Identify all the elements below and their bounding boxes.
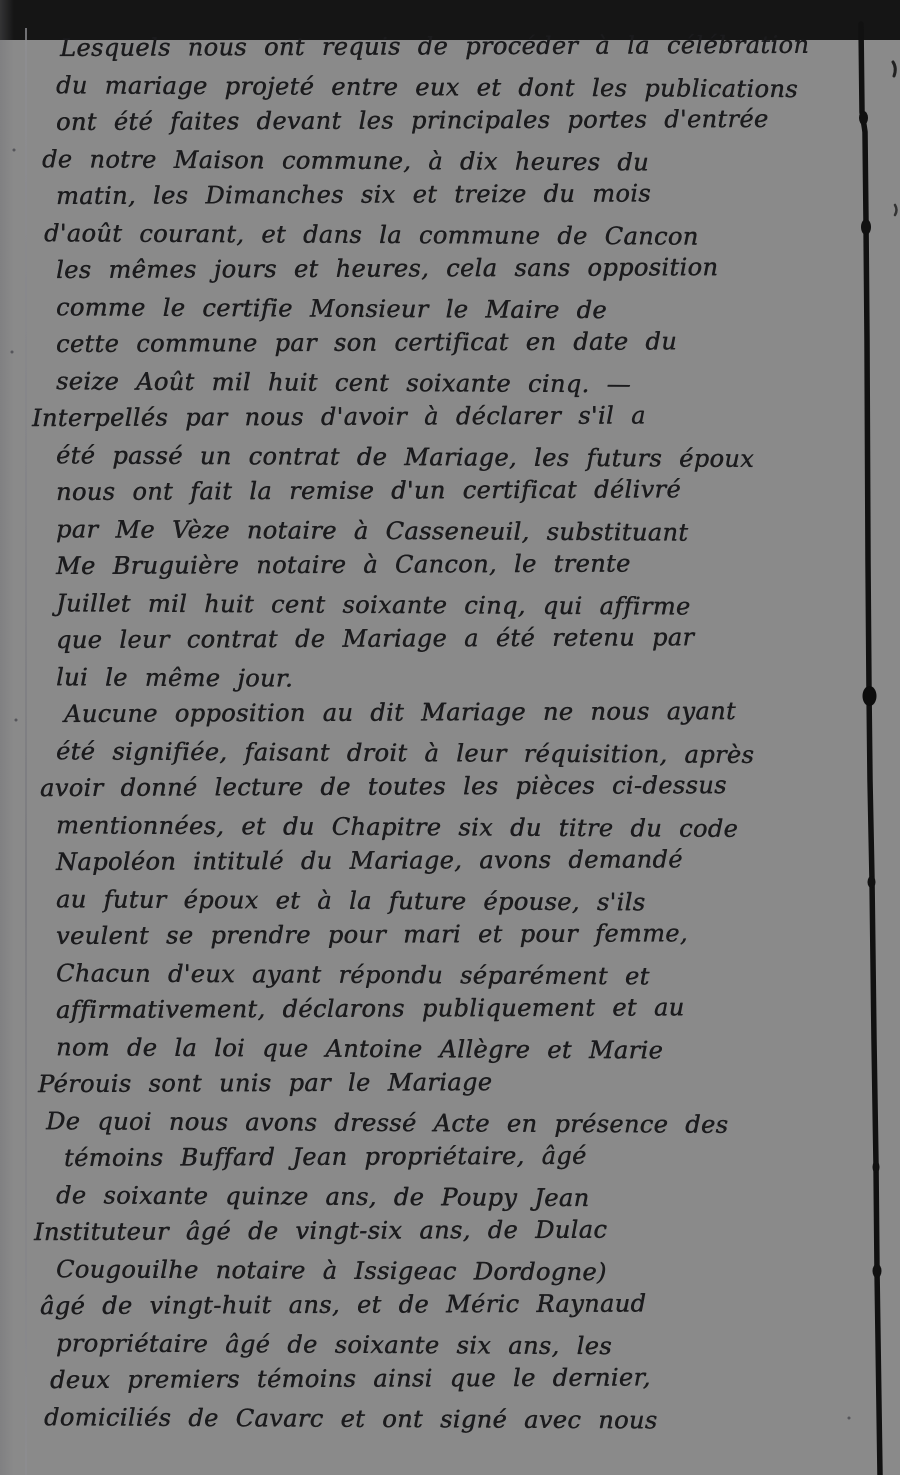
manuscript-line: Pérouis sont unis par le Mariage <box>30 1062 840 1103</box>
manuscript-line: Me Bruguière notaire à Cancon, le trente <box>30 544 840 585</box>
manuscript-line: Interpellés par nous d'avoir à déclarer … <box>30 396 840 437</box>
manuscript-line: affirmativement, déclarons publiquement … <box>30 988 840 1029</box>
manuscript-line: témoins Buffard Jean propriétaire, âgé <box>30 1136 840 1177</box>
manuscript-line: les mêmes jours et heures, cela sans opp… <box>30 248 840 289</box>
manuscript-text: Lesquels nous ont requis de procéder à l… <box>30 30 840 1436</box>
manuscript-line: cette commune par son certificat en date… <box>30 322 840 363</box>
manuscript-line: que leur contrat de Mariage a été retenu… <box>30 618 840 659</box>
manuscript-line: matin, les Dimanches six et treize du mo… <box>30 174 840 215</box>
manuscript-line: deux premiers témoins ainsi que le derni… <box>30 1358 840 1399</box>
manuscript-line: nous ont fait la remise d'un certificat … <box>30 470 840 511</box>
manuscript-line: ont été faites devant les principales po… <box>30 100 840 141</box>
manuscript-line: veulent se prendre pour mari et pour fem… <box>30 914 840 955</box>
manuscript-line: domiciliés de Cavarc et ont signé avec n… <box>30 1399 840 1440</box>
manuscript-line: Aucune opposition au dit Mariage ne nous… <box>30 692 840 733</box>
manuscript-line: Instituteur âgé de vingt-six ans, de Dul… <box>30 1210 840 1251</box>
manuscript-line: âgé de vingt-huit ans, et de Méric Rayna… <box>30 1284 840 1325</box>
manuscript-line: Lesquels nous ont requis de procéder à l… <box>30 26 840 67</box>
manuscript-scan-page: Lesquels nous ont requis de procéder à l… <box>0 0 900 1475</box>
manuscript-line: avoir donné lecture de toutes les pièces… <box>30 766 840 807</box>
manuscript-line: Napoléon intitulé du Mariage, avons dema… <box>30 840 840 881</box>
